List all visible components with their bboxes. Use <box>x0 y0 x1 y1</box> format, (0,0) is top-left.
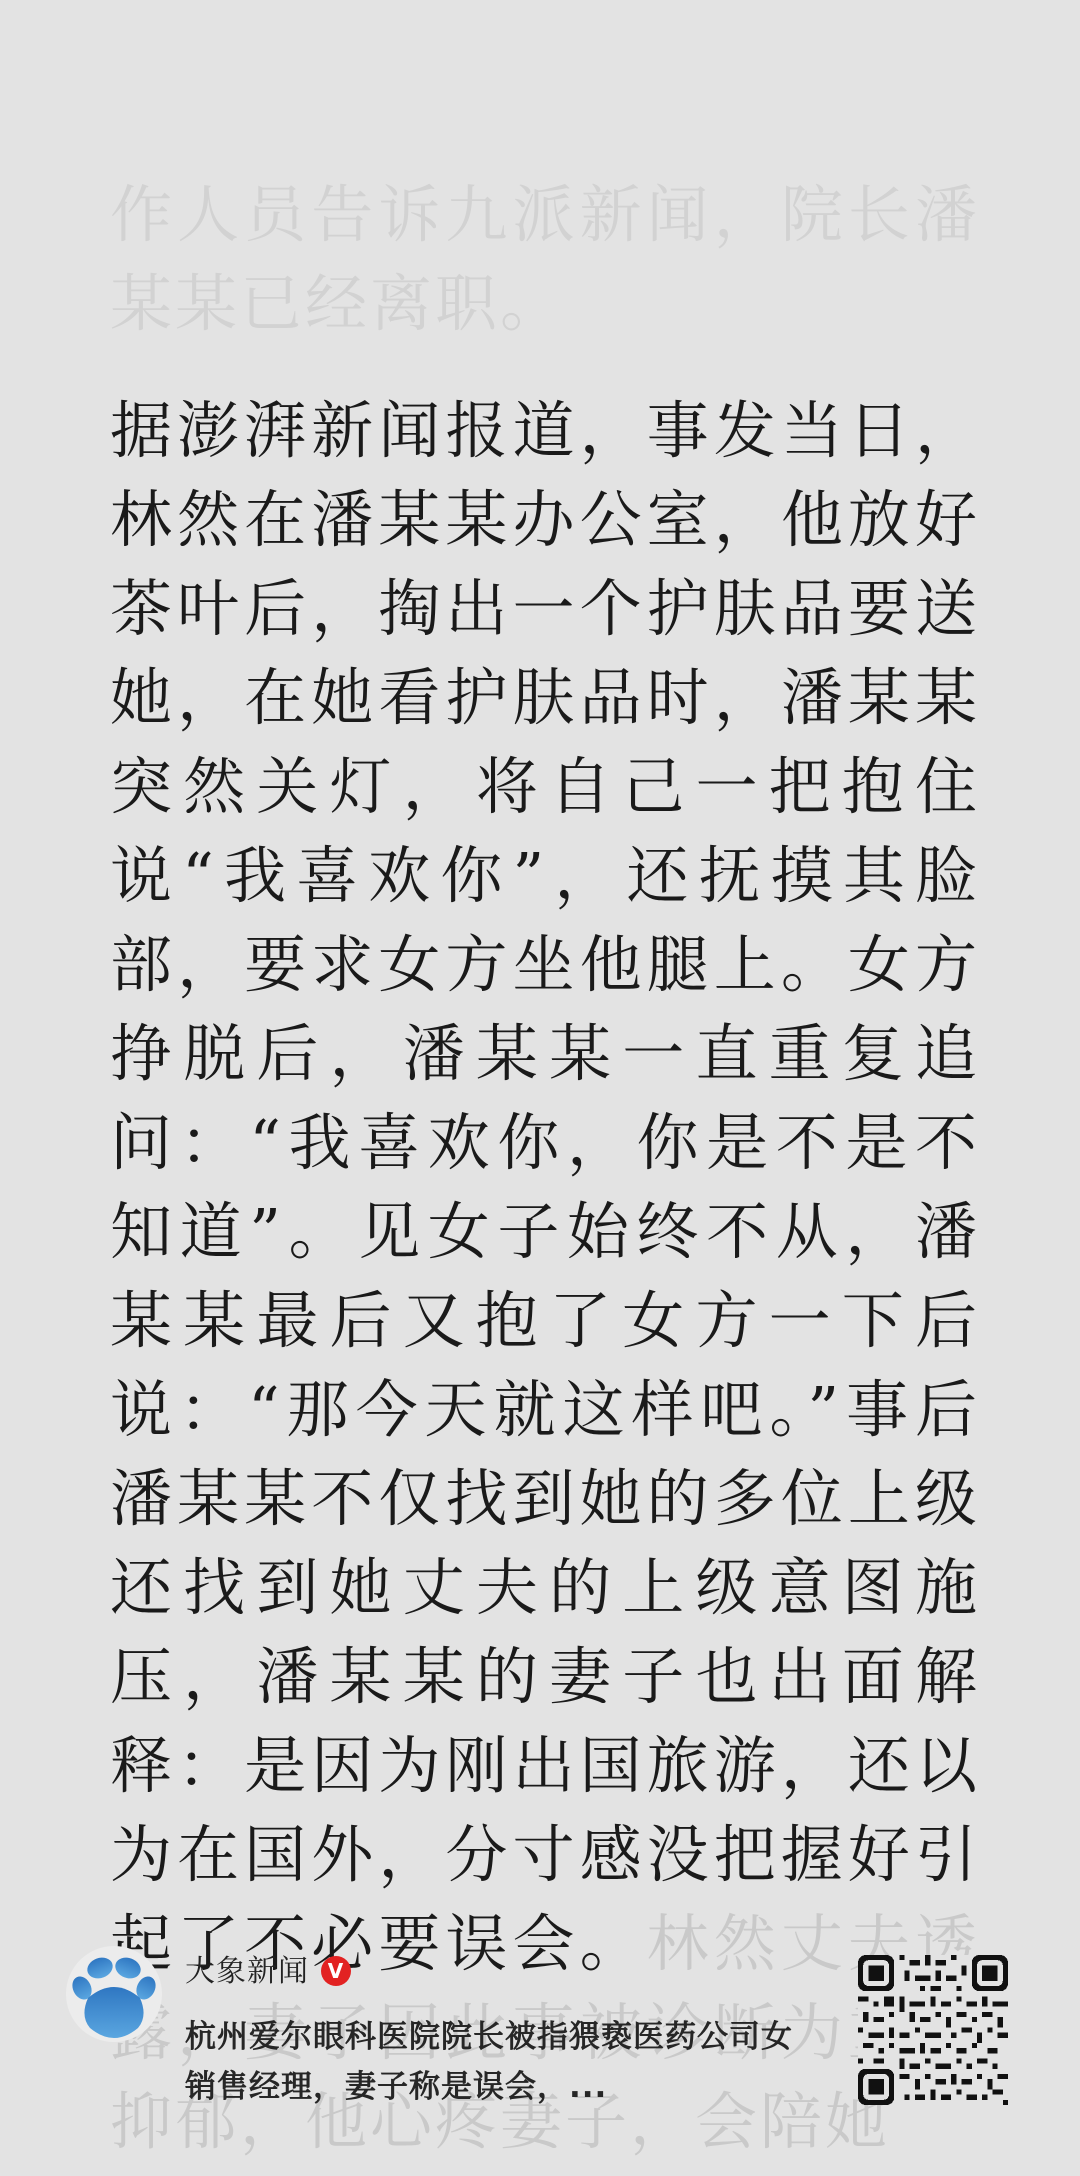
main-paragraph: 据澎湃新闻报道，事发当日，林然在潘某某办公室，他放好茶叶后，掏出一个护肤品要送她… <box>110 386 980 2166</box>
article-headline[interactable]: 杭州爱尔眼科医院院长被指猥亵医药公司女销售经理，妻子称是误会，... <box>185 2012 800 2112</box>
qr-code-icon <box>858 1955 1008 2105</box>
faded-previous-paragraph: 作人员告诉九派新闻，院长潘某某已经离职。 <box>110 170 980 348</box>
source-name-text: 大象新闻 <box>185 1954 309 1989</box>
paragraph-text: 据澎湃新闻报道，事发当日，林然在潘某某办公室，他放好茶叶后，掏出一个护肤品要送她… <box>110 394 980 1980</box>
article-body: 作人员告诉九派新闻，院长潘某某已经离职。 据澎湃新闻报道，事发当日，林然在潘某某… <box>110 170 980 2166</box>
paw-logo-icon <box>66 1946 162 2042</box>
source-name: 大象新闻V <box>185 1952 351 1992</box>
verified-badge-icon: V <box>321 1956 351 1986</box>
